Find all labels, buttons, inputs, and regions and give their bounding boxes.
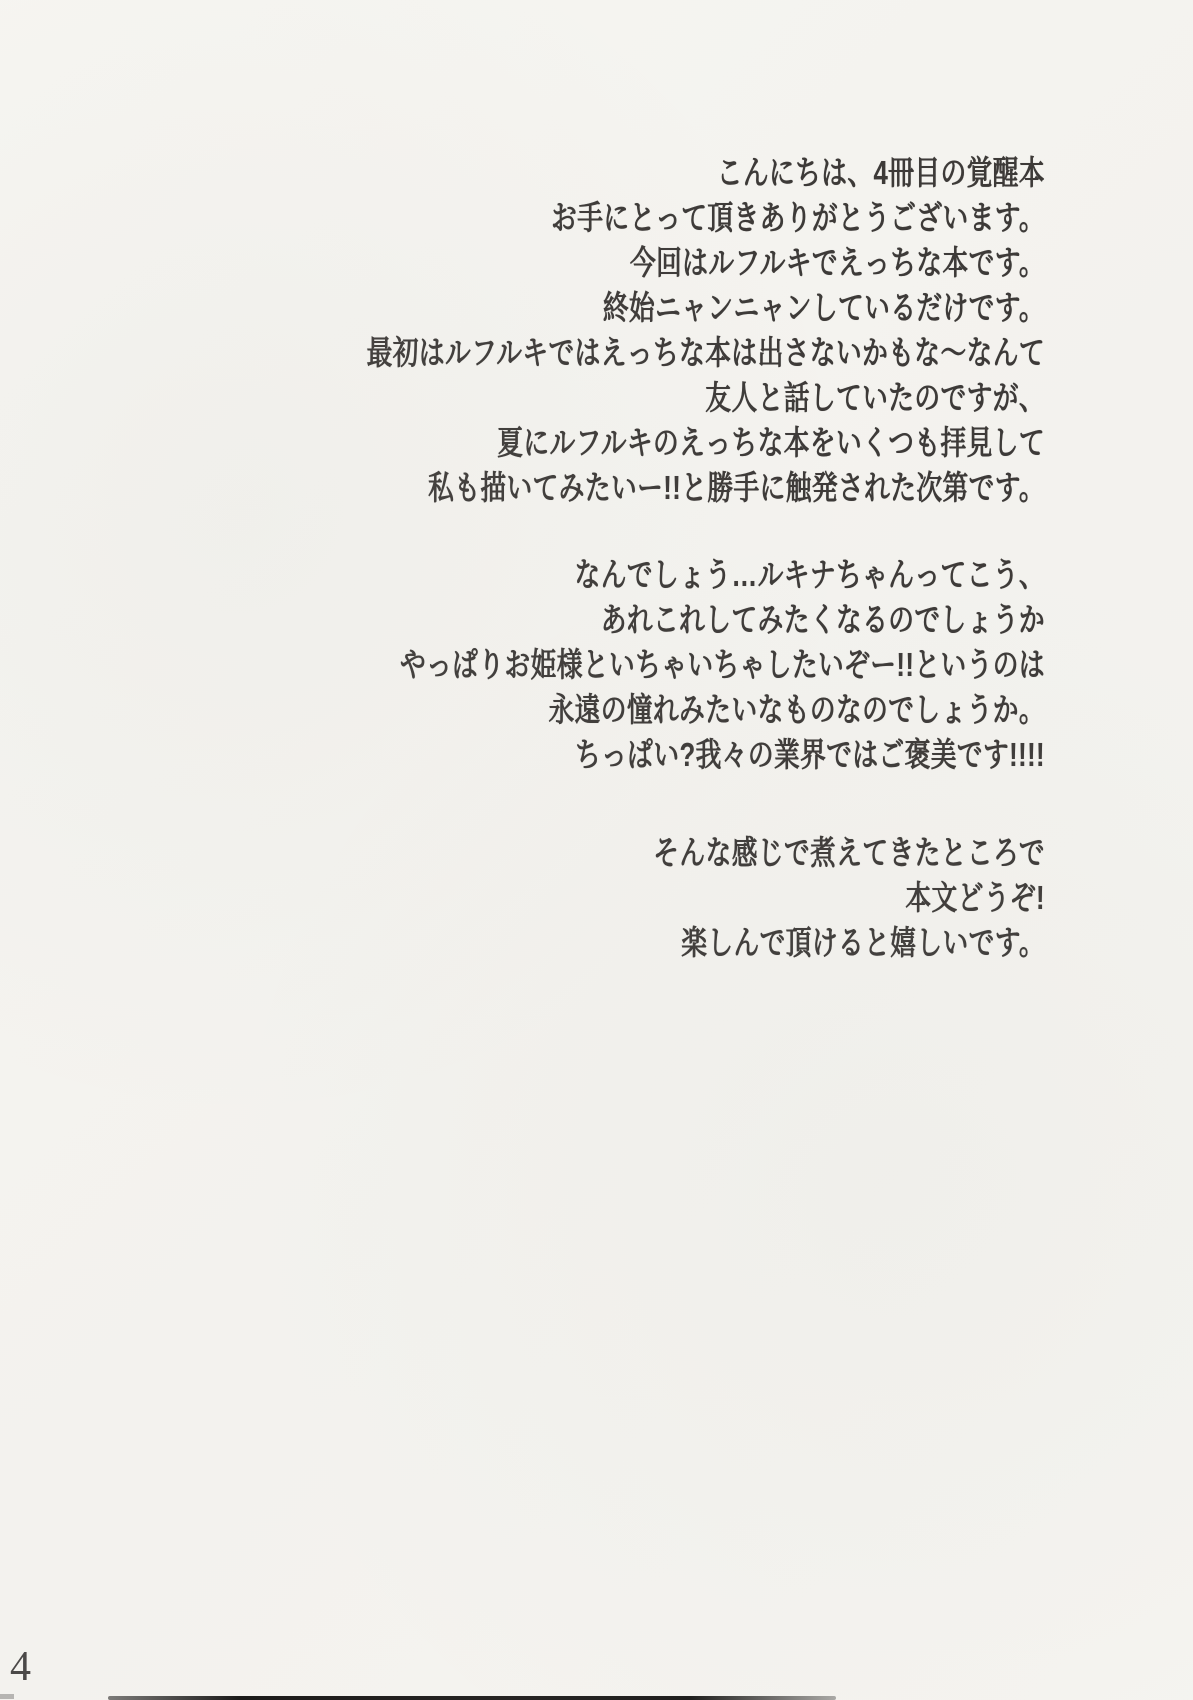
text-line: 永遠の憧れみたいなものなのでしょうか。 [230,687,1045,732]
afterword-paragraph-1: こんにちは、4冊目の覚醒本 お手にとって頂きありがとうございます。 今回はルフル… [0,150,1045,510]
text-line: お手にとって頂きありがとうございます。 [230,195,1045,240]
scan-edge-artifact [108,1696,836,1700]
text-line: 本文どうぞ! [230,875,1045,920]
text-line: こんにちは、4冊目の覚醒本 [230,150,1045,195]
text-line: ちっぱい?我々の業界ではご褒美です!!!! [230,732,1045,777]
text-line: 今回はルフルキでえっちな本です。 [230,240,1045,285]
text-line: なんでしょう…ルキナちゃんってこう、 [230,552,1045,597]
text-line: 終始ニャンニャンしているだけです。 [230,285,1045,330]
text-line: そんな感じで煮えてきたところで [230,830,1045,875]
text-line: 夏にルフルキのえっちな本をいくつも拝見して [230,420,1045,465]
text-line: やっぱりお姫様といちゃいちゃしたいぞー!!というのは [230,642,1045,687]
scanned-page: こんにちは、4冊目の覚醒本 お手にとって頂きありがとうございます。 今回はルフル… [0,0,1193,1700]
text-line: 友人と話していたのですが、 [230,375,1045,420]
text-line: 楽しんで頂けると嬉しいです。 [230,920,1045,965]
afterword-text: こんにちは、4冊目の覚醒本 お手にとって頂きありがとうございます。 今回はルフル… [0,150,1045,965]
afterword-paragraph-3: そんな感じで煮えてきたところで 本文どうぞ! 楽しんで頂けると嬉しいです。 [0,830,1045,965]
page-number: 4 [10,1646,31,1688]
text-line: 最初はルフルキではえっちな本は出さないかもな～なんて [230,330,1045,375]
scan-edge-speck [0,1694,14,1699]
text-line: あれこれしてみたくなるのでしょうか [230,597,1045,642]
text-line: 私も描いてみたいー!!と勝手に触発された次第です。 [230,465,1045,510]
afterword-paragraph-2: なんでしょう…ルキナちゃんってこう、 あれこれしてみたくなるのでしょうか やっぱ… [0,552,1045,777]
